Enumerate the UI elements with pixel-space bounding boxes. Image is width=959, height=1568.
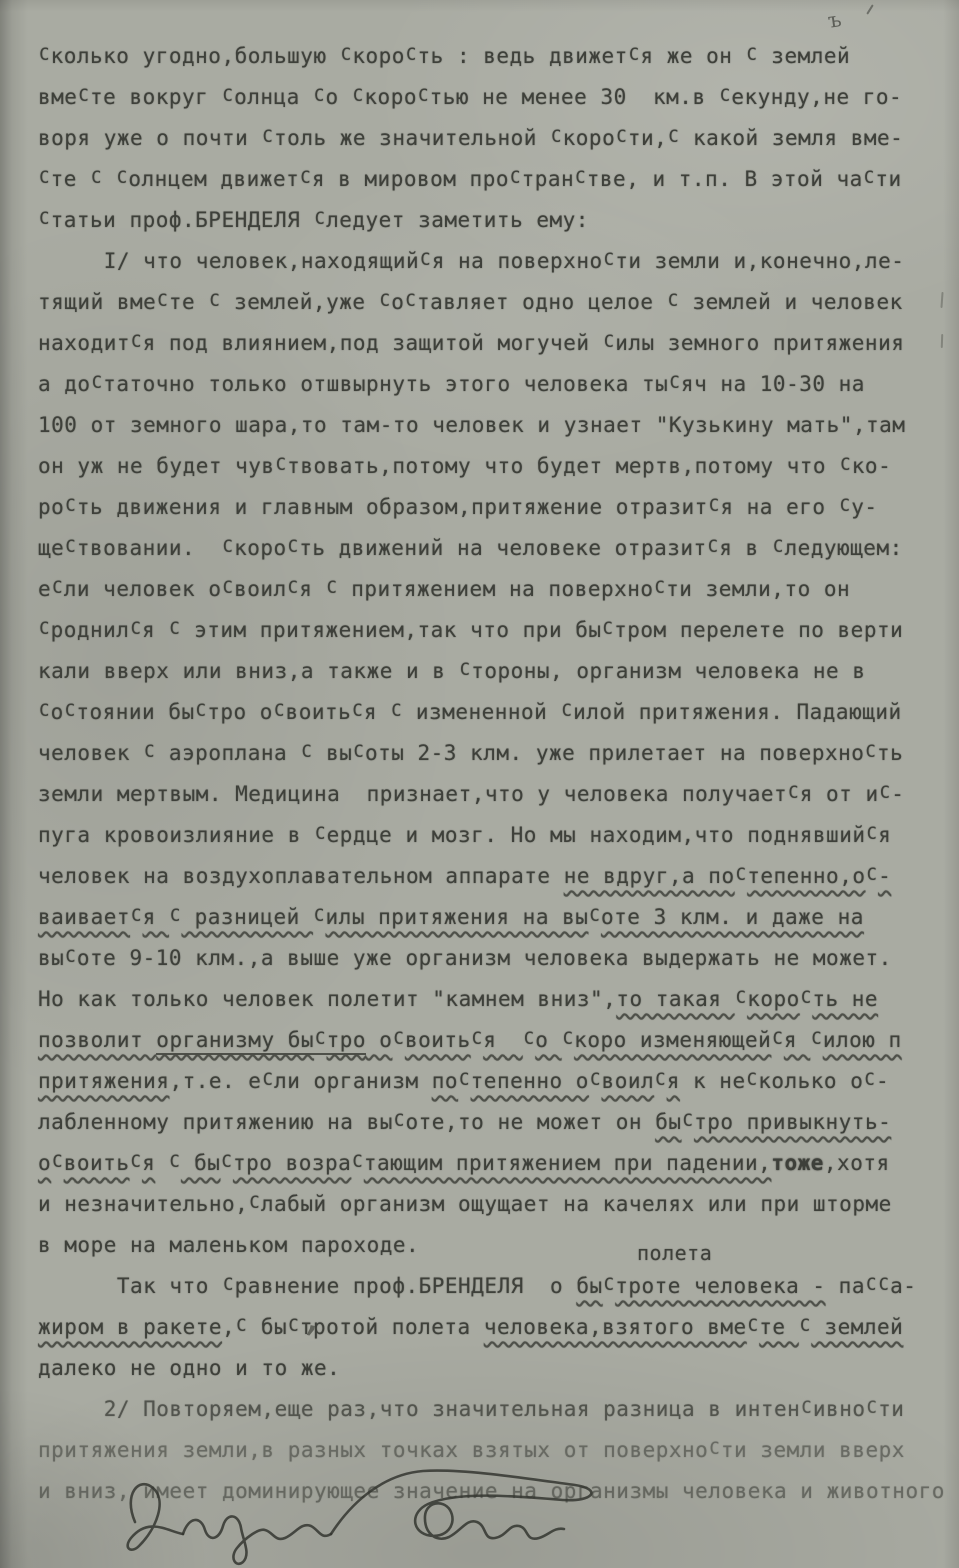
text-line: Так что Сравнение проф.БРЕНДЕЛЯ о быСтро… [38,1266,950,1307]
text-line: 100 от земного шара,то там-то человек и … [38,405,950,446]
text-line: далеко не одно и то же. [38,1348,950,1389]
text-line: Но как только человек полетит "камнем вн… [38,979,950,1020]
text-line: ваиваетСя С разницей Силы притяжения на … [38,897,950,938]
text-line: СоСтоянии быСтро оСвоитьСя С измененной … [38,692,950,733]
text-line: Сте С Солнцем движетСя в мировом проСтра… [38,159,950,200]
text-line: и незначительно,Слабый организм ощущает … [38,1184,950,1225]
text-line: а доСтаточно только отшвырнуть этого чел… [38,364,950,405]
text-line: жиром в ракете,С быСтротой полета челове… [38,1307,950,1348]
text-line: выСоте 9-10 клм.,а выше уже организм чел… [38,938,950,979]
text-line: он уж не будет чувСтвовать,потому что бу… [38,446,950,487]
text-line: пуга кровоизлияние в Сердце и мозг. Но м… [38,815,950,856]
text-line: лабленному притяжению на выСоте,то не мо… [38,1102,950,1143]
text-line: Статьи проф.БРЕНДЕЛЯ Следует заметить ем… [38,200,950,241]
text-line: оСвоитьСя С быСтро возраСтающим притяжен… [38,1143,950,1184]
document-page: ъ Сколько угодно,большую СкороСть : ведь… [0,0,959,1568]
text-line: вмеСте вокруг Солнца Со СкороСтью не мен… [38,77,950,118]
corner-tick-mark [866,4,874,14]
text-line: тящий вмеСте С землей,уже СоСтавляет одн… [38,282,950,323]
signature-scrawl [105,1458,625,1568]
text-line: воря уже о почти Столь же значительной С… [38,118,950,159]
text-line: кали вверх или вниз,а также и в Стороны,… [38,651,950,692]
text-line: земли мертвым. Медицина признает,что у ч… [38,774,950,815]
text-line: I/ что человек,находящийСя на поверхноСт… [38,241,950,282]
text-line: щеСтвовании. СкороСть движений на челове… [38,528,950,569]
inserted-word-poleta: полета [637,1241,712,1265]
text-line: Сколько угодно,большую СкороСть : ведь д… [38,36,950,77]
text-line: еСли человек оСвоилСя С притяжением на п… [38,569,950,610]
text-line: 2/ Повторяем,еще раз,что значительная ра… [38,1389,950,1430]
text-line: человек на воздухоплавательном аппарате … [38,856,950,897]
text-line: человек С аэроплана С выСоты 2-3 клм. уж… [38,733,950,774]
corner-mark: ъ [826,7,843,33]
text-line: притяжения,т.е. еСли организм поСтепенно… [38,1061,950,1102]
text-block: Сколько угодно,большую СкороСть : ведь д… [38,36,950,1512]
text-line: СроднилСя С этим притяжением,так что при… [38,610,950,651]
text-line: находитСя под влиянием,под защитой могуч… [38,323,950,364]
text-line: в море на маленьком пароходе. [38,1225,950,1266]
text-line: позволит организму быСтро оСвоитьСя Со С… [38,1020,950,1061]
text-line: роСть движения и главным образом,притяже… [38,487,950,528]
